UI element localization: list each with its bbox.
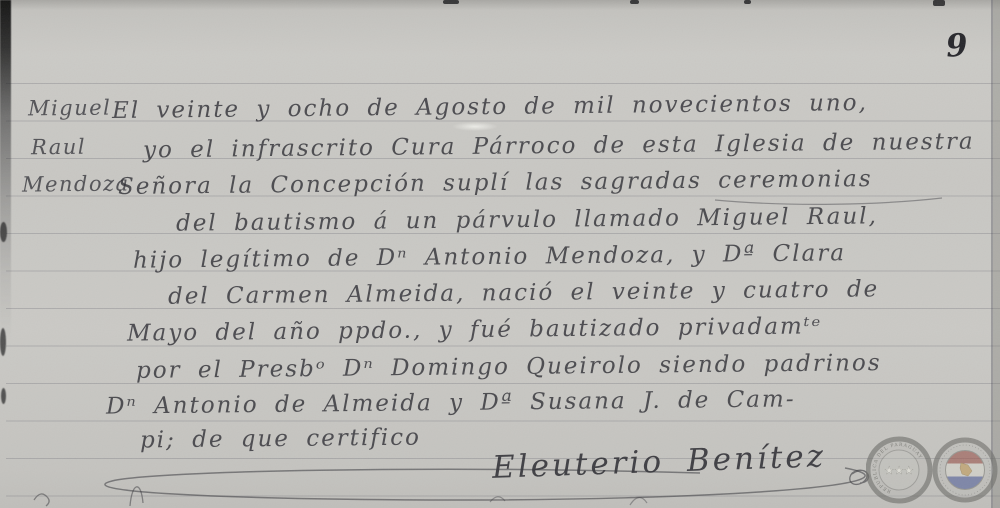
- record-line: pi; de que certifico: [140, 425, 421, 454]
- three-stars-icon: ★★★: [884, 464, 914, 477]
- page-right-edge: [993, 0, 1000, 508]
- watermark-seals: REPUBLICA DEL PARAGUAY ★★★: [866, 436, 1000, 504]
- record-line: hijo legítimo de Dⁿ Antonio Mendoza, y D…: [133, 240, 846, 273]
- margin-note-line: Miguel: [28, 96, 112, 121]
- margin-note-line: Mendoza: [22, 171, 130, 196]
- binding-ink-blob: [0, 222, 7, 242]
- seal-left-three-stars: REPUBLICA DEL PARAGUAY ★★★: [868, 439, 930, 501]
- top-edge-mark: [630, 0, 639, 4]
- top-edge-mark: [933, 0, 945, 6]
- binding-ink-blob: [0, 328, 6, 356]
- record-line: del bautismo á un párvulo llamado Miguel…: [176, 203, 878, 236]
- priest-signature: Eleuterio Benítez: [491, 438, 826, 486]
- record-line: Dⁿ Antonio de Almeida y Dª Susana J. de …: [106, 386, 796, 419]
- record-line: Mayo del año ppdo., y fué bautizado priv…: [127, 313, 823, 346]
- document-scan: 9 Miguel Raul Mendoza El veinte y ocho d…: [0, 0, 1000, 508]
- seal-right-flag-map: [935, 440, 995, 500]
- top-edge-mark: [443, 0, 459, 4]
- record-line: yo el infrascrito Cura Párroco de esta I…: [143, 129, 975, 164]
- record-line: El veinte y ocho de Agosto de mil noveci…: [112, 90, 868, 124]
- binding-edge: [0, 0, 11, 340]
- record-line: del Carmen Almeida, nació el veinte y cu…: [168, 276, 879, 309]
- binding-ink-blob: [1, 388, 6, 404]
- record-line: Señora la Concepción suplí las sagradas …: [118, 166, 873, 200]
- top-edge-mark: [744, 0, 751, 4]
- record-line: por el Presbᵒ Dⁿ Domingo Queirolo siendo…: [136, 350, 882, 384]
- margin-note-line: Raul: [31, 135, 86, 160]
- paper-scratch: [452, 122, 498, 131]
- page-number: 9: [945, 27, 969, 64]
